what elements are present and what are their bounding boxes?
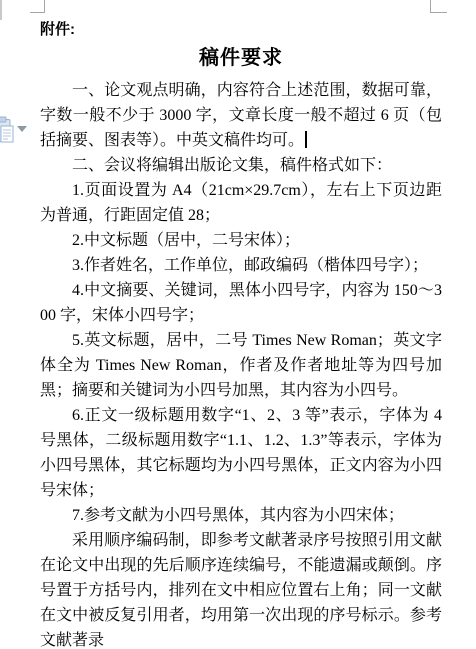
- chevron-down-icon[interactable]: [17, 126, 27, 132]
- paragraph[interactable]: 5.英文标题，居中，二号 Times New Roman；英文字体全为 Time…: [40, 328, 442, 403]
- paragraph-text: 2.中文标题（居中，二号宋体）；: [72, 232, 300, 249]
- paragraph[interactable]: 6.正文一级标题用数字“1、2、3 等”表示，字体为 4 号黑体，二级标题用数字…: [40, 403, 442, 503]
- margin-crop-mark-top-right: [430, 0, 447, 13]
- paragraph[interactable]: 2.中文标题（居中，二号宋体）；: [40, 228, 442, 253]
- paragraph-text: 一、论文观点明确，内容符合上述范围，数据可靠，字数一般不少于 3000 字，文章…: [40, 82, 442, 149]
- paragraph[interactable]: 二、会议将编辑出版论文集，稿件格式如下：: [40, 153, 442, 178]
- paste-options-button[interactable]: [0, 116, 32, 146]
- clipboard-paste-icon: [0, 116, 16, 144]
- attachment-label[interactable]: 附件:: [40, 20, 442, 40]
- paragraph-text: 4.中文摘要、关键词，黑体小四号字，内容为 150～300 字，宋体小四号字；: [40, 282, 442, 324]
- paragraph[interactable]: 4.中文摘要、关键词，黑体小四号字，内容为 150～300 字，宋体小四号字；: [40, 278, 442, 328]
- text-cursor: [305, 131, 307, 148]
- paragraph[interactable]: 7.参考文献为小四号黑体，其内容为小四宋体；: [40, 503, 442, 528]
- paragraph-text: 1.页面设置为 A4（21cm×29.7cm），左右上下页边距为普通，行距固定值…: [40, 182, 442, 224]
- paragraph-text: 5.英文标题，居中，二号 Times New Roman；英文字体全为 Time…: [40, 332, 442, 399]
- margin-crop-mark-top-left: [30, 0, 45, 13]
- document-content[interactable]: 附件: 稿件要求 一、论文观点明确，内容符合上述范围，数据可靠，字数一般不少于 …: [40, 20, 442, 649]
- paragraph[interactable]: 1.页面设置为 A4（21cm×29.7cm），左右上下页边距为普通，行距固定值…: [40, 178, 442, 228]
- paragraph[interactable]: 采用顺序编码制，即参考文献著录序号按照引用文献在论文中出现的先后顺序连续编号，不…: [40, 528, 442, 649]
- word-document-view: 附件: 稿件要求 一、论文观点明确，内容符合上述范围，数据可靠，字数一般不少于 …: [0, 0, 476, 649]
- paragraph-text: 3.作者姓名，工作单位，邮政编码（楷体四号字）；: [72, 257, 428, 274]
- paragraph-text: 二、会议将编辑出版论文集，稿件格式如下：: [72, 157, 392, 174]
- paragraph[interactable]: 3.作者姓名，工作单位，邮政编码（楷体四号字）；: [40, 253, 442, 278]
- paragraph-text: 7.参考文献为小四号黑体，其内容为小四宋体；: [72, 507, 404, 524]
- paragraph-text: 采用顺序编码制，即参考文献著录序号按照引用文献在论文中出现的先后顺序连续编号，不…: [40, 532, 442, 649]
- paragraph[interactable]: 一、论文观点明确，内容符合上述范围，数据可靠，字数一般不少于 3000 字，文章…: [40, 78, 442, 153]
- document-title[interactable]: 稿件要求: [40, 46, 442, 70]
- paragraph-list: 一、论文观点明确，内容符合上述范围，数据可靠，字数一般不少于 3000 字，文章…: [40, 78, 442, 649]
- paragraph-text: 6.正文一级标题用数字“1、2、3 等”表示，字体为 4 号黑体，二级标题用数字…: [40, 407, 442, 499]
- window-edge: [0, 0, 2, 20]
